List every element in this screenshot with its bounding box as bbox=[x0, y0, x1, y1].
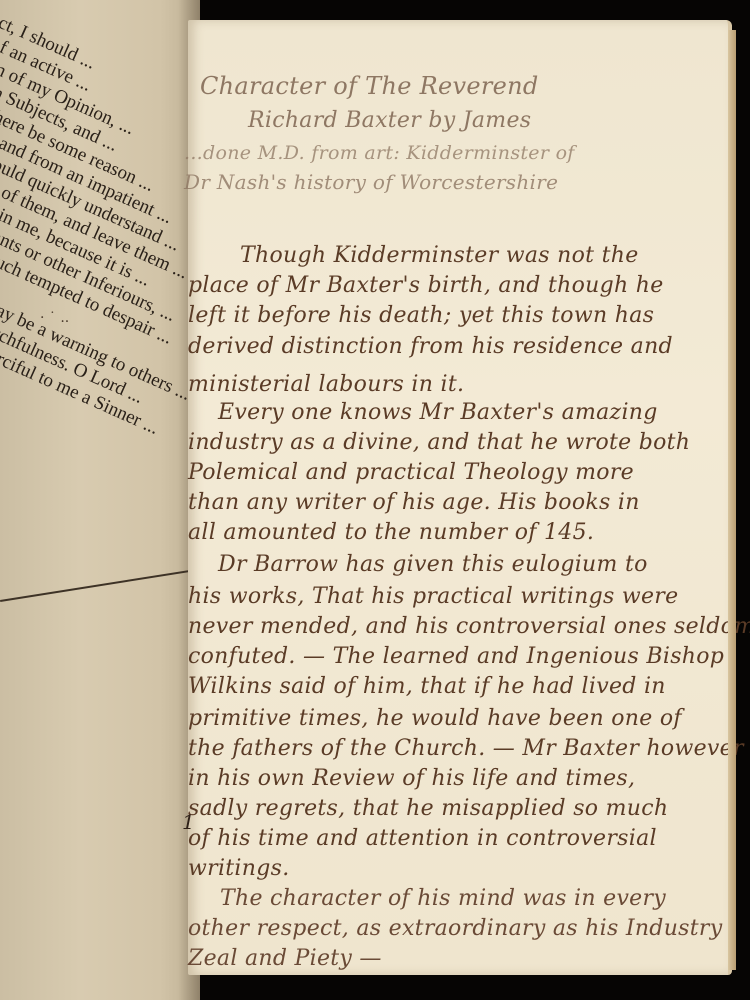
body-line: sadly regrets, that he misapplied so muc… bbox=[188, 796, 718, 821]
body-line: in his own Review of his life and times, bbox=[188, 766, 718, 791]
body-line: writings. bbox=[188, 856, 718, 881]
ink-specks: · ˙ .. bbox=[40, 310, 69, 326]
body-line: of his time and attention in controversi… bbox=[188, 826, 718, 851]
right-manuscript-page: Character of The Reverend Richard Baxter… bbox=[188, 20, 732, 975]
body-line: place of Mr Baxter's birth, and though h… bbox=[188, 273, 718, 298]
body-line: than any writer of his age. His books in bbox=[188, 490, 718, 515]
body-line: derived distinction from his residence a… bbox=[188, 334, 718, 359]
body-line: his works, That his practical writings w… bbox=[188, 584, 718, 609]
body-line: the fathers of the Church. — Mr Baxter h… bbox=[188, 736, 718, 761]
heading-line: Dr Nash's history of Worcestershire bbox=[184, 170, 718, 194]
body-line: confuted. — The learned and Ingenious Bi… bbox=[188, 644, 718, 669]
body-line: industry as a divine, and that he wrote … bbox=[188, 430, 718, 455]
body-line: ministerial labours in it. bbox=[188, 372, 718, 397]
left-printed-page: ...respect, I should ... ...llead of an … bbox=[0, 0, 200, 1000]
body-line: primitive times, he would have been one … bbox=[188, 706, 718, 731]
heading-line: Richard Baxter by James bbox=[248, 108, 718, 133]
heading-line: ...done M.D. from art: Kidderminster of bbox=[184, 142, 718, 164]
body-line: Zeal and Piety — bbox=[188, 946, 718, 971]
printed-text-block: ...respect, I should ... ...llead of an … bbox=[0, 0, 200, 340]
body-line: all amounted to the number of 145. bbox=[188, 520, 718, 545]
body-line: never mended, and his controversial ones… bbox=[188, 614, 718, 639]
ruled-line bbox=[0, 568, 200, 602]
body-line: Every one knows Mr Baxter's amazing bbox=[218, 400, 718, 425]
body-line: Though Kidderminster was not the bbox=[240, 243, 718, 268]
body-line: Wilkins said of him, that if he had live… bbox=[188, 674, 718, 699]
body-line: The character of his mind was in every bbox=[220, 886, 718, 911]
body-line: Polemical and practical Theology more bbox=[188, 460, 718, 485]
body-line: other respect, as extraordinary as his I… bbox=[188, 916, 718, 941]
body-line: Dr Barrow has given this eulogium to bbox=[218, 552, 718, 577]
body-line: left it before his death; yet this town … bbox=[188, 303, 718, 328]
margin-mark: 1 bbox=[182, 810, 195, 834]
heading-line: Character of The Reverend bbox=[200, 72, 718, 100]
